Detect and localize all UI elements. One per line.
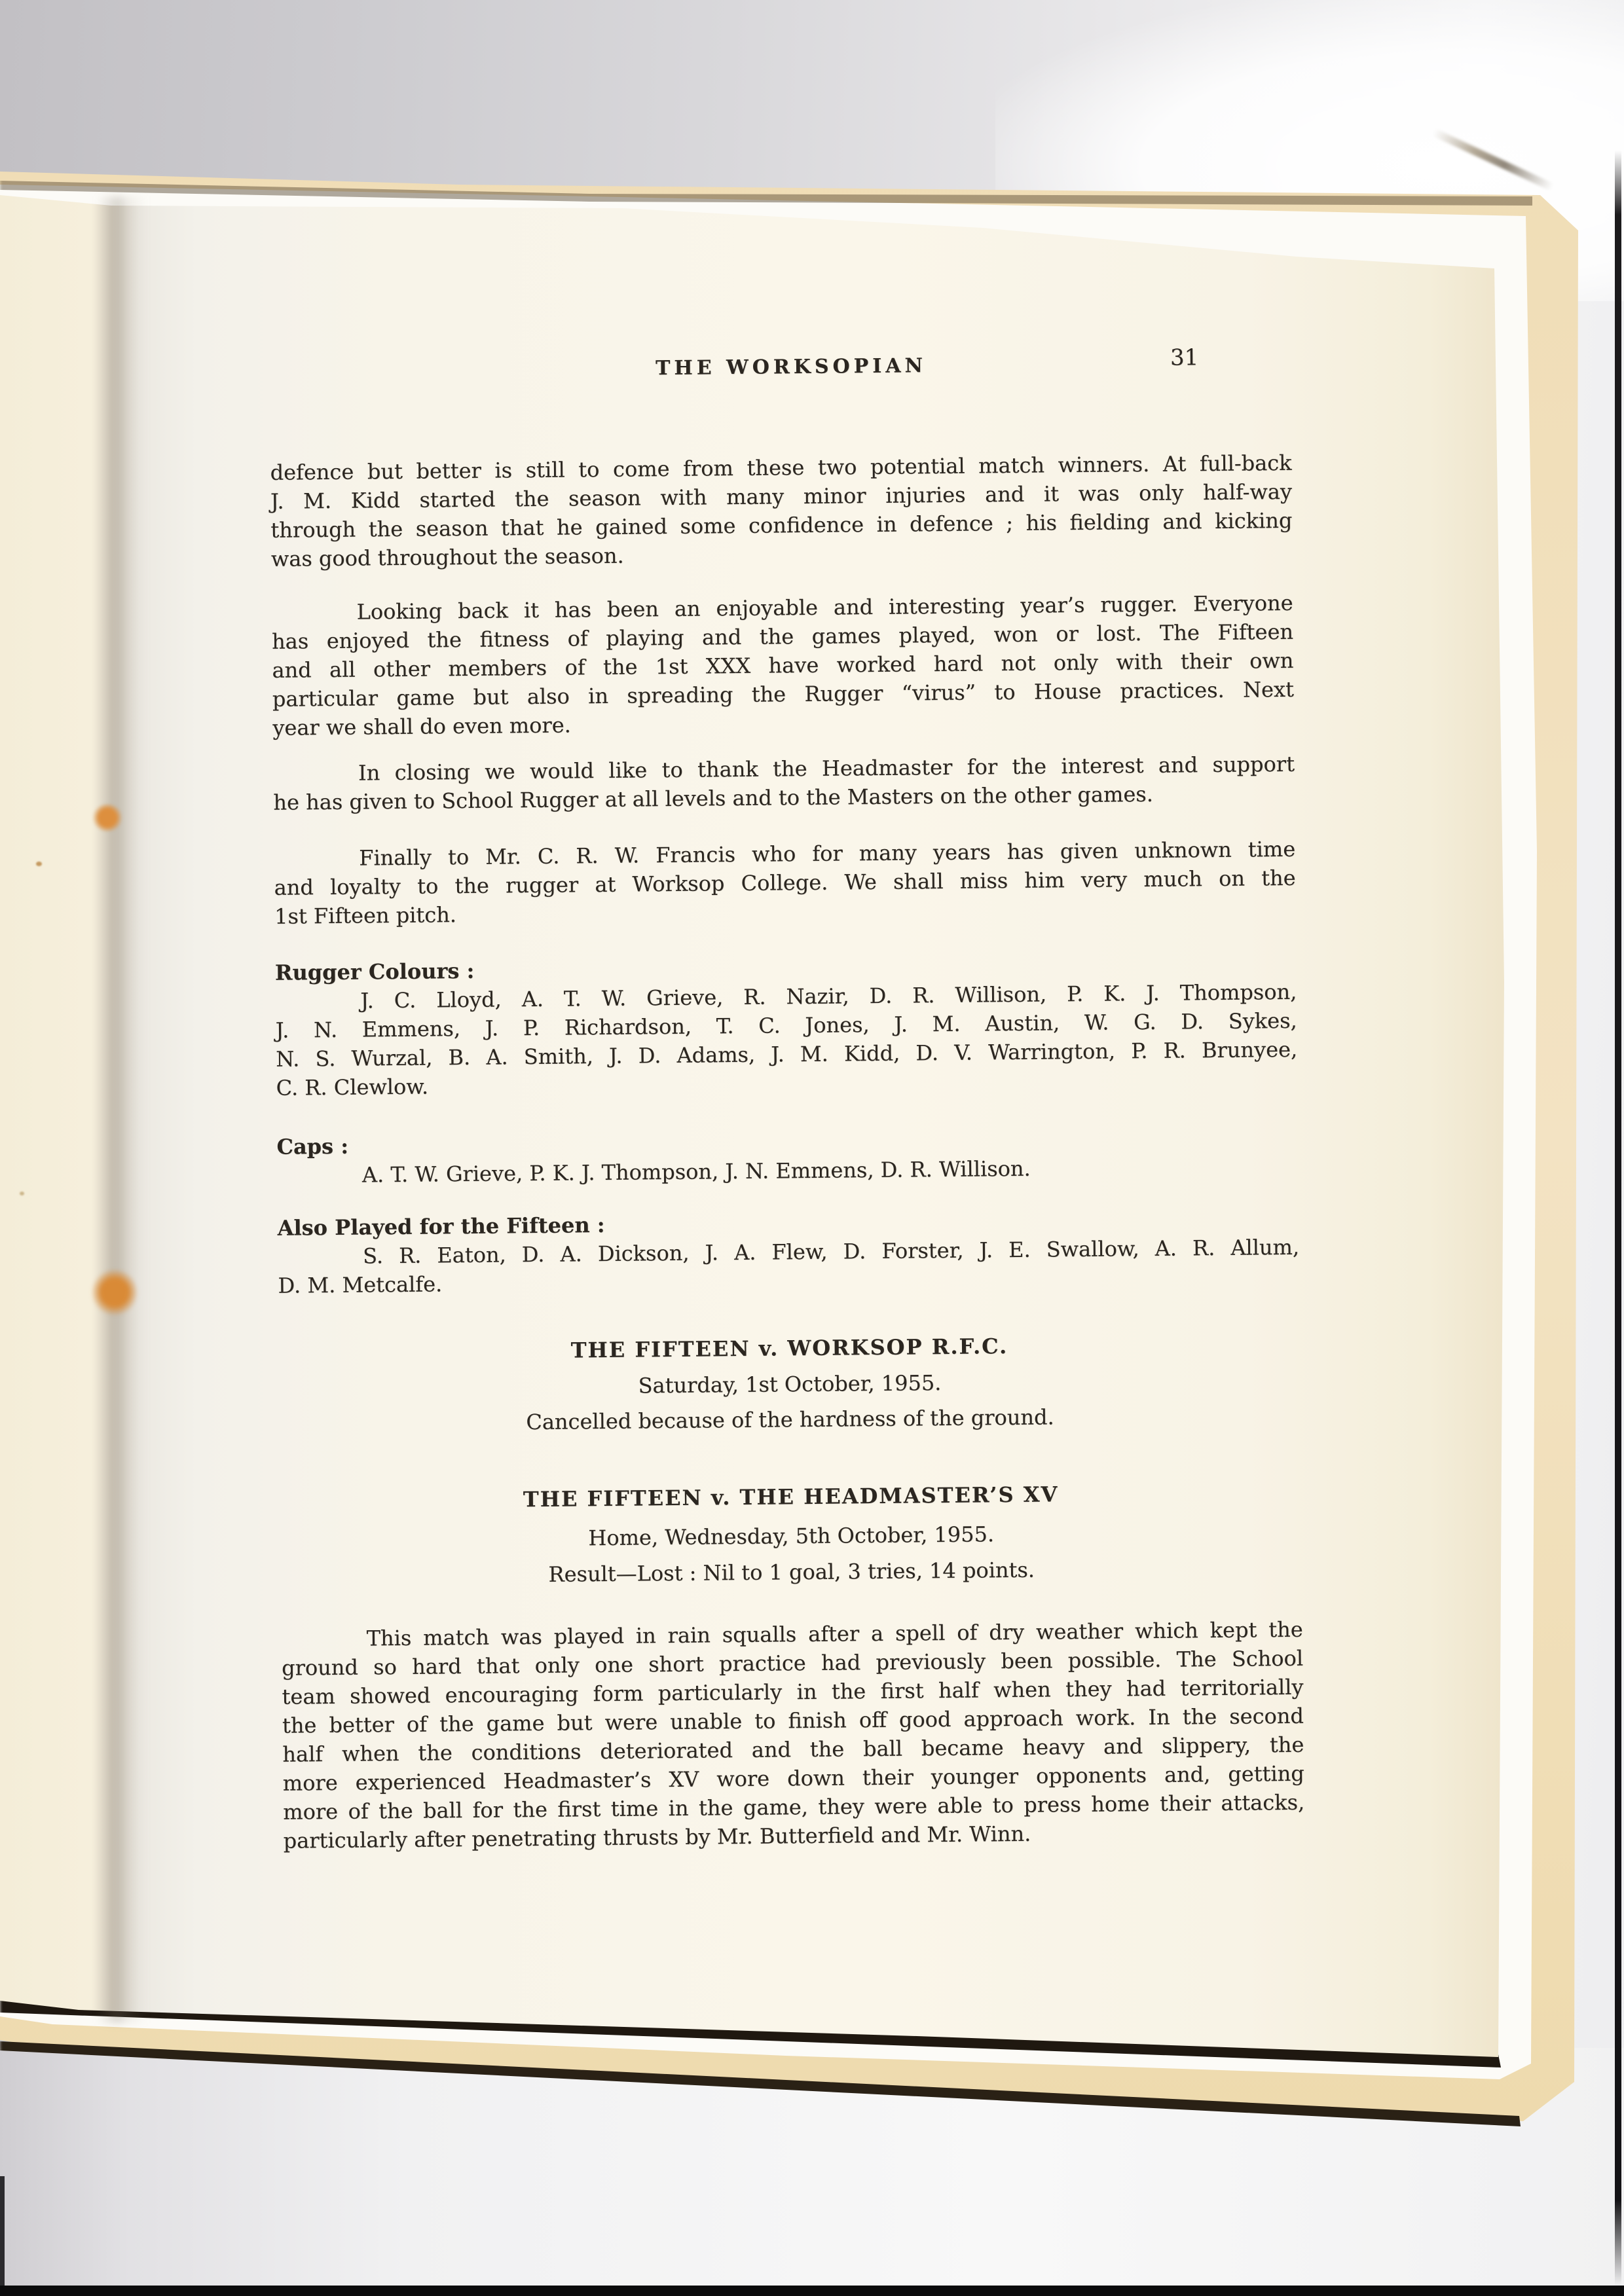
match-subline: Home, Wednesday, 5th October, 1955. — [280, 1517, 1302, 1556]
match-subline: Cancelled because of the hardness of the… — [279, 1400, 1301, 1439]
paragraph: S. R. Eaton, D. A. Dickson, J. A. Flew, … — [278, 1233, 1300, 1300]
text-line: Saturday, 1st October, 1955. — [279, 1365, 1301, 1404]
page-header-title: THE WORKSOPIAN — [655, 354, 927, 380]
paragraph: In closing we would like to thank the He… — [273, 750, 1295, 817]
paragraph: Looking back it has been an enjoyable an… — [271, 589, 1294, 742]
paragraph: Finally to Mr. C. R. W. Francis who for … — [274, 835, 1296, 931]
paragraph: J. C. Lloyd, A. T. W. Grieve, R. Nazir, … — [275, 977, 1298, 1102]
text-line: THE FIFTEEN v. WORKSOP R.F.C. — [278, 1329, 1300, 1368]
text-line: Result—Lost : Nil to 1 goal, 3 tries, 14… — [281, 1553, 1302, 1592]
scanned-book-page: THE WORKSOPIAN 31 defence but better is … — [0, 0, 1624, 2296]
paragraph: This match was played in rain squalls af… — [282, 1615, 1305, 1855]
text-line: Cancelled because of the hardness of the… — [279, 1400, 1301, 1439]
text-line: Home, Wednesday, 5th October, 1955. — [280, 1517, 1302, 1556]
text-line: THE FIFTEEN v. THE HEADMASTER’S XV — [280, 1478, 1301, 1516]
paragraph: defence but better is still to come from… — [270, 448, 1293, 574]
match-subline: Saturday, 1st October, 1955. — [279, 1365, 1301, 1404]
page-number: 31 — [1170, 344, 1199, 371]
match-heading: THE FIFTEEN v. WORKSOP R.F.C. — [278, 1329, 1300, 1368]
match-subline: Result—Lost : Nil to 1 goal, 3 tries, 14… — [281, 1553, 1302, 1592]
scan-edge-line-left — [0, 2176, 5, 2296]
body-text: defence but better is still to come from… — [270, 448, 1304, 1855]
match-heading: THE FIFTEEN v. THE HEADMASTER’S XV — [280, 1478, 1301, 1516]
printed-text-layer: THE WORKSOPIAN 31 defence but better is … — [0, 0, 1624, 2296]
